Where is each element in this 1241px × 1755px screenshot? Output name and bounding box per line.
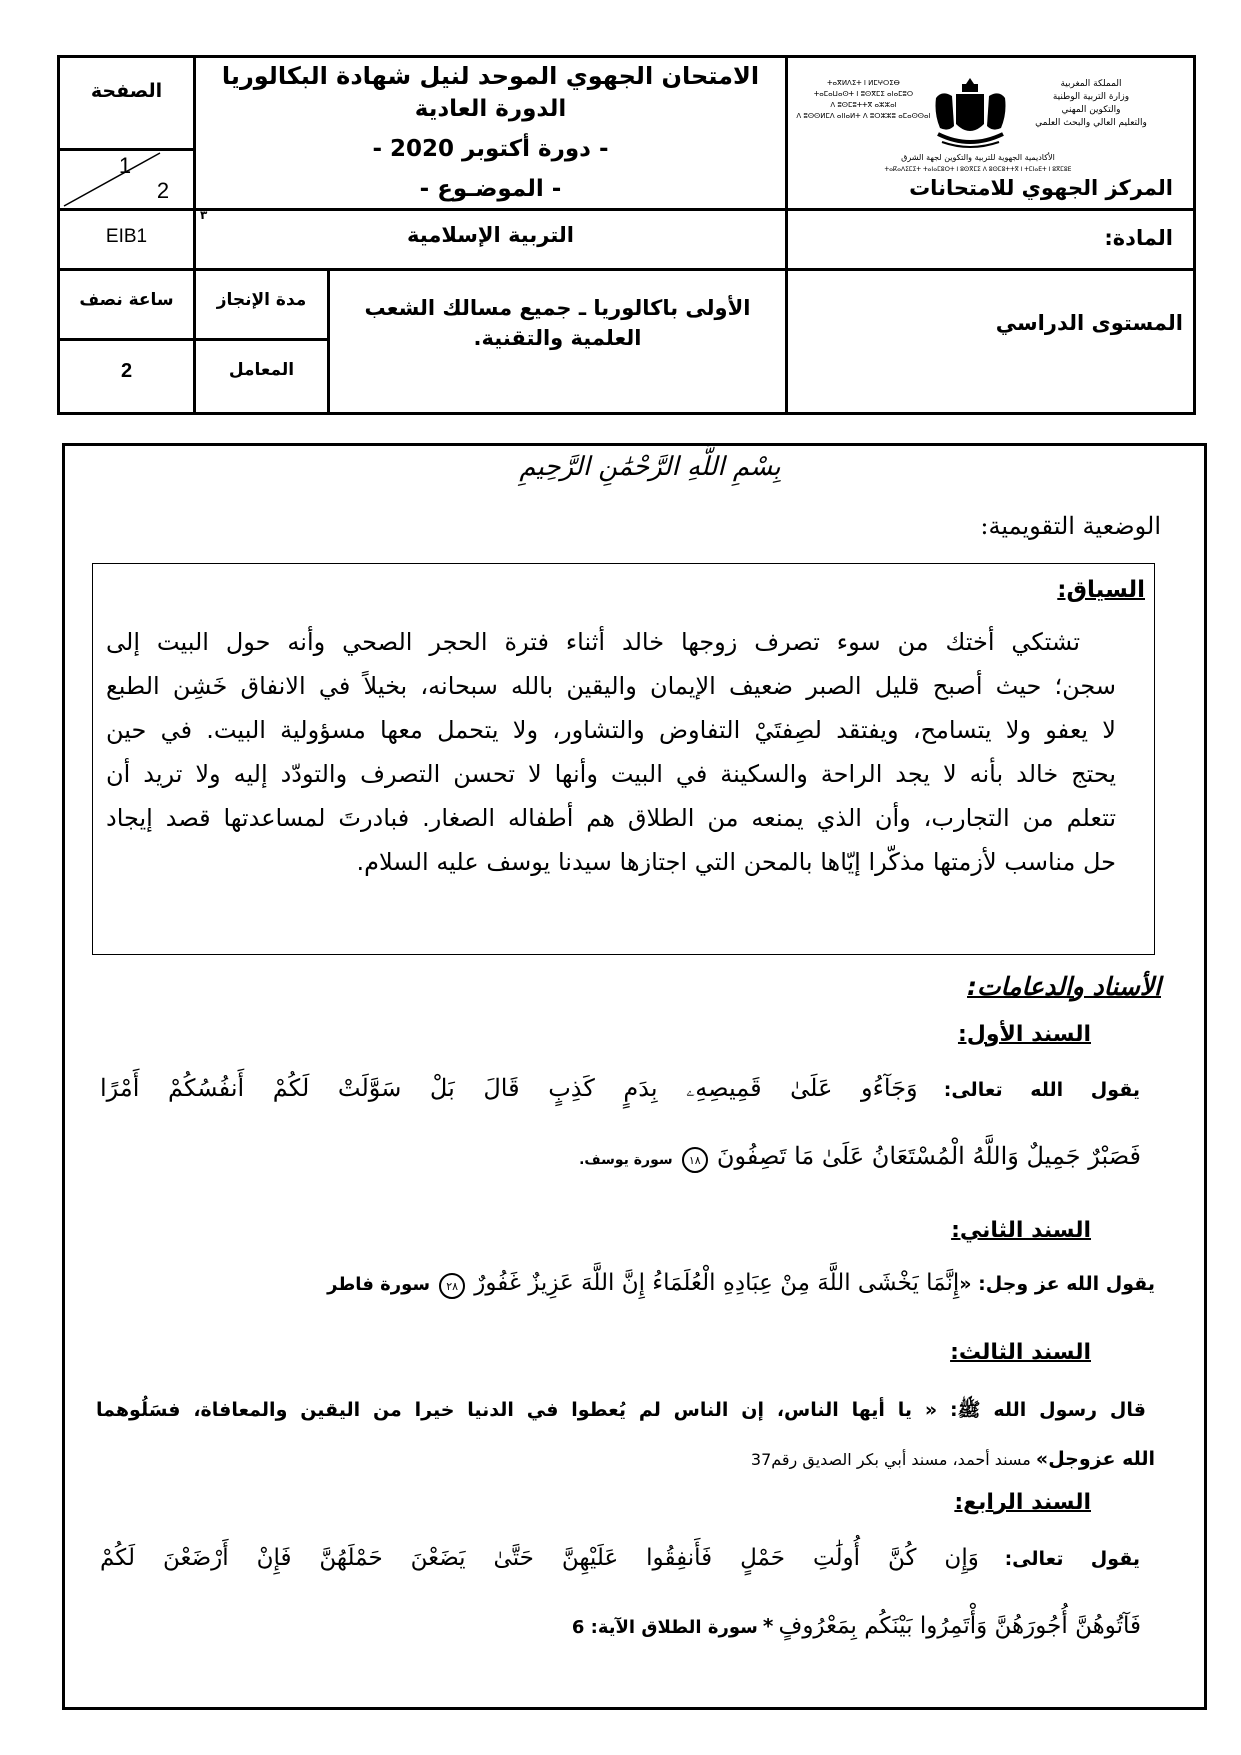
coefficient-value: 2 bbox=[60, 360, 193, 383]
basmala: بِسْمِ اللَّهِ الرَّحْمَٰنِ الرَّحِيمِ bbox=[400, 452, 900, 482]
context-paragraph: تشتكي أختك من سوء تصرف زوجها خالد أثناء … bbox=[106, 620, 1116, 884]
level-value-line1: الأولى باكالوريا ـ جميع مسالك الشعب bbox=[330, 296, 785, 320]
small-mark: ٣ bbox=[200, 208, 207, 222]
page-label: الصفحة bbox=[60, 80, 193, 102]
ministry-arabic-text: المملكة المغربية وزارة التربية الوطنية و… bbox=[1016, 78, 1166, 130]
support-1-line2: فَصَبْرٌ جَمِيلٌ وَاللَّهُ الْمُسْتَعَان… bbox=[101, 1142, 1141, 1173]
support-2-title: السند الثاني: bbox=[951, 1218, 1091, 1243]
support-2-verse: إِنَّمَا يَخْشَى اللَّهَ مِنْ عِبَادِهِ … bbox=[474, 1270, 959, 1296]
support-1-source: سورة يوسف. bbox=[579, 1152, 673, 1168]
support-4-intro: يقول تعالى: bbox=[1005, 1548, 1140, 1570]
exam-title: الامتحان الجهوي الموحد لنيل شهادة البكال… bbox=[196, 62, 785, 90]
subject-code: EIB1 bbox=[60, 226, 193, 248]
support-3-line2: الله عزوجل» مسند أحمد، مسند أبي بكر الصد… bbox=[751, 1448, 1155, 1470]
verse-end-marker-icon: * bbox=[763, 1614, 773, 1638]
coefficient-label: المعامل bbox=[196, 360, 327, 380]
support-1-line1: يقول الله تعالى: وَجَآءُو عَلَىٰ قَمِيصِ… bbox=[100, 1074, 1140, 1102]
support-4-verse-part2: فَآتُوهُنَّ أُجُورَهُنَّ وَأْتَمِرُوا بَ… bbox=[778, 1613, 1141, 1639]
header-row-divider bbox=[60, 208, 1193, 211]
session-type: الدورة العادية bbox=[196, 96, 785, 122]
exam-center-name: المركز الجهوي للامتحانات bbox=[788, 176, 1173, 200]
support-3-source: مسند أحمد، مسند أبي بكر الصديق رقم37 bbox=[751, 1450, 1031, 1469]
ayah-number-icon: ١٨ bbox=[682, 1147, 708, 1173]
context-line: تتعلم من التجارب، وأن الذي يمنعه من الطل… bbox=[106, 796, 1116, 840]
context-line: سجن؛ حيث أصبح قليل الصبر ضعيف الإيمان وا… bbox=[106, 664, 1116, 708]
context-title: السياق: bbox=[1057, 577, 1145, 603]
support-4-line1: يقول تعالى: وَإِن كُنَّ أُولَٰتِ حَمْلٍ … bbox=[100, 1545, 1140, 1571]
exam-header-table: الصفحة 1 2 الامتحان الجهوي الموحد لنيل ش… bbox=[57, 55, 1196, 415]
duration-value: ساعة نصف bbox=[60, 290, 193, 310]
support-4-verse-part1: وَإِن كُنَّ أُولَٰتِ حَمْلٍ فَأَنفِقُوا … bbox=[100, 1545, 979, 1571]
page-current: 1 bbox=[110, 153, 140, 179]
level-value-line2: العلمية والتقنية. bbox=[330, 326, 785, 350]
support-1-verse-part1: وَجَآءُو عَلَىٰ قَمِيصِهِۦ بِدَمٍ كَذِبٍ… bbox=[100, 1074, 918, 1102]
academy-arabic-text: الأكاديمية الجهوية للتربية والتكوين لجهة… bbox=[848, 153, 1108, 162]
ministry-tifinagh-text: ⵜⴰⴳⵍⴷⵉⵜ ⵏ ⵍⵎⵖⵔⵉⴱ ⵜⴰⵎⴰⵡⴰⵙⵜ ⵏ ⵓⵙⴳⵎⵉ ⴰⵏⴰⵎⵓⵔ… bbox=[796, 78, 931, 122]
session-date: - دورة أكتوبر 2020 - bbox=[196, 136, 785, 162]
academy-tifinagh-text: ⵜⴰⴽⴰⴷⵉⵎⵉⵜ ⵜⴰⵏⴰⵎⵓⵔⵜ ⵏ ⵓⵙⴳⵎⵉ ⴷ ⵓⵙⵎⵓⵜⵜⴳ ⵏ ⵜ… bbox=[828, 166, 1128, 173]
support-1-title: السند الأول: bbox=[958, 1022, 1091, 1047]
support-1-verse-part2: فَصَبْرٌ جَمِيلٌ وَاللَّهُ الْمُسْتَعَان… bbox=[717, 1142, 1141, 1170]
support-2-source: سورة فاطر bbox=[327, 1274, 430, 1295]
page-total: 2 bbox=[148, 178, 178, 204]
support-3-title: السند الثالث: bbox=[950, 1340, 1091, 1365]
duration-label: مدة الإنجاز bbox=[196, 290, 327, 310]
document-type: - الموضـوع - bbox=[196, 176, 785, 202]
ayah-number-icon: ٢٨ bbox=[439, 1273, 465, 1299]
support-3-hadith-end: الله عزوجل» bbox=[1036, 1448, 1155, 1470]
context-line: يحتج خالد بأنه لا يجد الراحة والسكينة في… bbox=[106, 752, 1116, 796]
level-label: المستوى الدراسي bbox=[788, 311, 1183, 335]
support-2-line: يقول الله عز وجل: «إِنَّمَا يَخْشَى اللَ… bbox=[95, 1270, 1155, 1299]
support-3-hadith-line1: قال رسول الله ﷺ: « يا أيها الناس، إن الن… bbox=[96, 1398, 1146, 1426]
support-4-title: السند الرابع: bbox=[954, 1490, 1091, 1515]
support-1-intro: يقول الله تعالى: bbox=[944, 1079, 1140, 1101]
evaluation-title: الوضعية التقويمية: bbox=[980, 512, 1161, 540]
supports-title: الأسناد والدعامات: bbox=[967, 972, 1161, 1001]
support-4-line2: فَآتُوهُنَّ أُجُورَهُنَّ وَأْتَمِرُوا بَ… bbox=[572, 1613, 1141, 1639]
context-line: حل مناسب لأزمتها مذكّرا إيّاها بالمحن ال… bbox=[106, 840, 1116, 884]
support-2-intro: يقول الله عز وجل: « bbox=[959, 1273, 1155, 1295]
header-row-divider bbox=[60, 268, 1193, 271]
royal-emblem-icon bbox=[928, 76, 1013, 151]
support-4-source: سورة الطلاق الآية: 6 bbox=[572, 1617, 758, 1638]
subject-label: المادة: bbox=[788, 226, 1173, 250]
context-line: لا يعفو ولا يتسامح، ويفتقد لصِفتَيْ التف… bbox=[106, 708, 1116, 752]
context-line: تشتكي أختك من سوء تصرف زوجها خالد أثناء … bbox=[106, 620, 1116, 664]
subject-value: التربية الإسلامية bbox=[196, 223, 785, 247]
